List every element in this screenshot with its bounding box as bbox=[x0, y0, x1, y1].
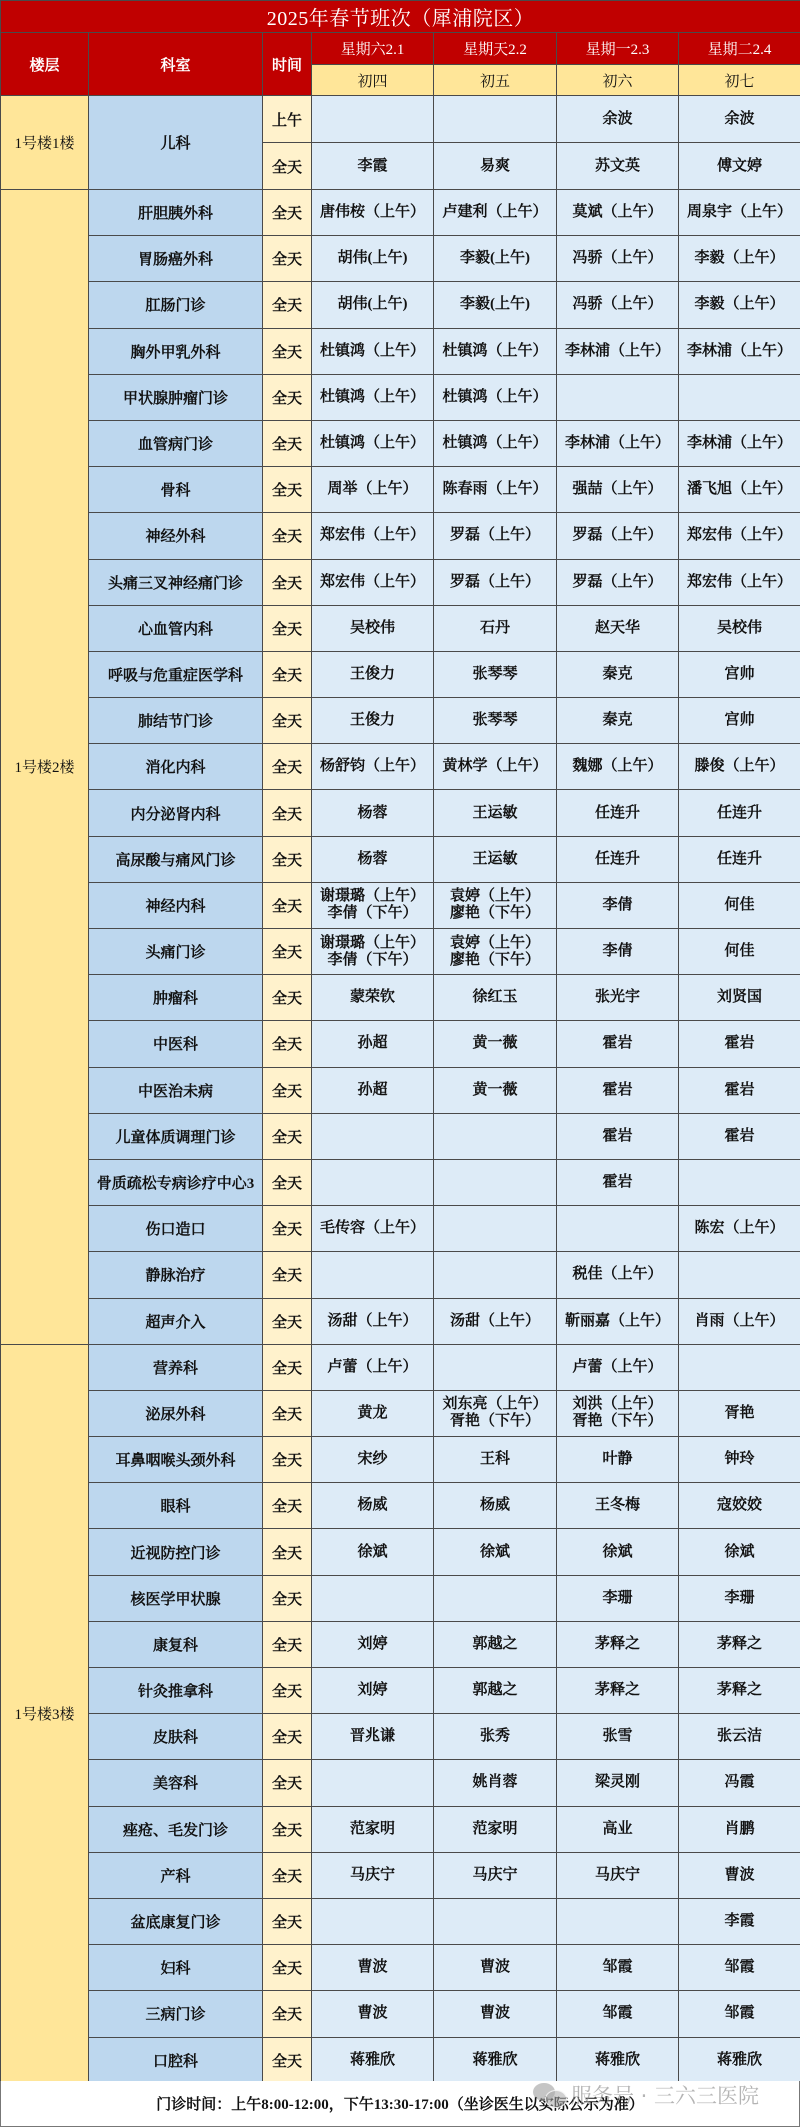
doctor-cell-day-4: 宫帅 bbox=[679, 698, 800, 744]
time-slot: 全天 bbox=[263, 559, 312, 605]
doctor-cell-day-4: 徐斌 bbox=[679, 1529, 800, 1575]
time-slot: 全天 bbox=[263, 836, 312, 882]
doctor-cell-day-3: 赵天华 bbox=[557, 605, 679, 651]
doctor-cell-day-2 bbox=[434, 1344, 557, 1390]
schedule-row: 静脉治疗全天税佳（上午） bbox=[1, 1252, 800, 1298]
doctor-cell-day-4: 周泉宇（上午） bbox=[679, 190, 800, 236]
time-slot: 全天 bbox=[263, 1621, 312, 1667]
doctor-cell-day-4: 吴校伟 bbox=[679, 605, 800, 651]
doctor-cell-day-4 bbox=[679, 1344, 800, 1390]
doctor-cell-day-3: 王冬梅 bbox=[557, 1483, 679, 1529]
doctor-cell-day-3: 邹霞 bbox=[557, 1945, 679, 1991]
doctor-cell-day-4: 李林浦（上午） bbox=[679, 420, 800, 466]
schedule-row: 儿童体质调理门诊全天霍岩霍岩 bbox=[1, 1113, 800, 1159]
department-name: 皮肤科 bbox=[89, 1714, 263, 1760]
header-row: 楼层 科室 时间 星期六2.1 星期天2.2 星期一2.3 星期二2.4 bbox=[1, 33, 800, 65]
time-slot: 全天 bbox=[263, 1021, 312, 1067]
time-slot: 全天 bbox=[263, 1159, 312, 1205]
time-slot: 全天 bbox=[263, 1344, 312, 1390]
doctor-cell-day-4: 潘飞旭（上午） bbox=[679, 467, 800, 513]
doctor-cell-day-3: 霍岩 bbox=[557, 1159, 679, 1205]
time-slot: 全天 bbox=[263, 651, 312, 697]
doctor-cell-day-3: 任连升 bbox=[557, 790, 679, 836]
header-day-3-lunar: 初六 bbox=[557, 65, 679, 96]
doctor-cell-day-3: 苏文英 bbox=[557, 143, 679, 190]
doctor-cell-day-1: 杨蓉 bbox=[312, 836, 434, 882]
time-slot: 全天 bbox=[263, 605, 312, 651]
schedule-row: 1号楼3楼营养科全天卢蕾（上午）卢蕾（上午） bbox=[1, 1344, 800, 1390]
department-name: 高尿酸与痛风门诊 bbox=[89, 836, 263, 882]
department-name: 妇科 bbox=[89, 1945, 263, 1991]
department-name: 中医治未病 bbox=[89, 1067, 263, 1113]
doctor-cell-day-3: 卢蕾（上午） bbox=[557, 1344, 679, 1390]
department-name: 消化内科 bbox=[89, 744, 263, 790]
doctor-cell-day-1: 曹波 bbox=[312, 1945, 434, 1991]
schedule-row: 1号楼2楼肝胆胰外科全天唐伟桉（上午）卢建利（上午）莫斌（上午）周泉宇（上午） bbox=[1, 190, 800, 236]
department-name: 神经外科 bbox=[89, 513, 263, 559]
doctor-cell-day-3: 霍岩 bbox=[557, 1113, 679, 1159]
doctor-cell-day-4: 何佳 bbox=[679, 929, 800, 975]
doctor-cell-day-4 bbox=[679, 1252, 800, 1298]
header-day-3-weekday: 星期一2.3 bbox=[557, 33, 679, 65]
time-slot: 全天 bbox=[263, 1991, 312, 2037]
schedule-row: 中医治未病全天孙超黄一薇霍岩霍岩 bbox=[1, 1067, 800, 1113]
schedule-row: 盆底康复门诊全天李霞 bbox=[1, 1898, 800, 1944]
doctor-cell-day-2: 曹波 bbox=[434, 1945, 557, 1991]
doctor-cell-day-3 bbox=[557, 1898, 679, 1944]
doctor-cell-day-4: 胥艳 bbox=[679, 1390, 800, 1436]
doctor-cell-day-2: 郭越之 bbox=[434, 1621, 557, 1667]
schedule-row: 骨质疏松专病诊疗中心3全天霍岩 bbox=[1, 1159, 800, 1205]
doctor-cell-day-4: 霍岩 bbox=[679, 1113, 800, 1159]
doctor-cell-day-1: 刘婷 bbox=[312, 1668, 434, 1714]
time-slot: 全天 bbox=[263, 1806, 312, 1852]
doctor-cell-day-2: 罗磊（上午） bbox=[434, 559, 557, 605]
doctor-cell-day-1: 谢璟璐（上午） 李倩（下午） bbox=[312, 929, 434, 975]
header-day-4-weekday: 星期二2.4 bbox=[679, 33, 800, 65]
doctor-cell-day-1 bbox=[312, 1760, 434, 1806]
doctor-cell-day-3: 李倩 bbox=[557, 929, 679, 975]
doctor-cell-day-1: 杨蓉 bbox=[312, 790, 434, 836]
doctor-cell-day-1: 郑宏伟（上午） bbox=[312, 559, 434, 605]
schedule-row: 三病门诊全天曹波曹波邹霞邹霞 bbox=[1, 1991, 800, 2037]
doctor-cell-day-2 bbox=[434, 1575, 557, 1621]
department-name: 血管病门诊 bbox=[89, 420, 263, 466]
schedule-row: 产科全天马庆宁马庆宁马庆宁曹波 bbox=[1, 1852, 800, 1898]
schedule-row: 口腔科全天蒋雅欣蒋雅欣蒋雅欣蒋雅欣 bbox=[1, 2037, 800, 2083]
doctor-cell-day-4: 霍岩 bbox=[679, 1067, 800, 1113]
doctor-cell-day-3: 李倩 bbox=[557, 882, 679, 928]
doctor-cell-day-4: 茅释之 bbox=[679, 1621, 800, 1667]
doctor-cell-day-3: 莫斌（上午） bbox=[557, 190, 679, 236]
doctor-cell-day-1: 马庆宁 bbox=[312, 1852, 434, 1898]
doctor-cell-day-4: 余波 bbox=[679, 96, 800, 143]
doctor-cell-day-3: 罗磊（上午） bbox=[557, 513, 679, 559]
doctor-cell-day-2: 陈春雨（上午） bbox=[434, 467, 557, 513]
schedule-row: 神经内科全天谢璟璐（上午） 李倩（下午）袁婷（上午） 廖艳（下午）李倩何佳 bbox=[1, 882, 800, 928]
doctor-cell-day-4: 郑宏伟（上午） bbox=[679, 513, 800, 559]
time-slot: 全天 bbox=[263, 143, 312, 190]
floor-label: 1号楼2楼 bbox=[1, 190, 89, 1345]
doctor-cell-day-1: 孙超 bbox=[312, 1067, 434, 1113]
doctor-cell-day-1: 孙超 bbox=[312, 1021, 434, 1067]
doctor-cell-day-2: 汤甜（上午） bbox=[434, 1298, 557, 1344]
department-name: 康复科 bbox=[89, 1621, 263, 1667]
doctor-cell-day-2: 杜镇鸿（上午） bbox=[434, 328, 557, 374]
time-slot: 全天 bbox=[263, 2037, 312, 2083]
time-slot: 全天 bbox=[263, 1714, 312, 1760]
department-name: 胸外甲乳外科 bbox=[89, 328, 263, 374]
doctor-cell-day-4: 何佳 bbox=[679, 882, 800, 928]
doctor-cell-day-1: 唐伟桉（上午） bbox=[312, 190, 434, 236]
doctor-cell-day-2: 杜镇鸿（上午） bbox=[434, 374, 557, 420]
schedule-row: 甲状腺肿瘤门诊全天杜镇鸿（上午）杜镇鸿（上午） bbox=[1, 374, 800, 420]
schedule-row: 心血管内科全天吴校伟石丹赵天华吴校伟 bbox=[1, 605, 800, 651]
clinic-hours-note: 门诊时间：上午8:00-12:00，下午13:30-17:00（坐诊医生以实际公… bbox=[156, 2093, 643, 2114]
department-name: 肝胆胰外科 bbox=[89, 190, 263, 236]
doctor-cell-day-3: 张光宇 bbox=[557, 975, 679, 1021]
doctor-cell-day-3: 税佳（上午） bbox=[557, 1252, 679, 1298]
doctor-cell-day-4: 霍岩 bbox=[679, 1021, 800, 1067]
doctor-cell-day-4: 任连升 bbox=[679, 790, 800, 836]
doctor-cell-day-4: 蒋雅欣 bbox=[679, 2037, 800, 2083]
doctor-cell-day-3: 冯骄（上午） bbox=[557, 236, 679, 282]
doctor-cell-day-3: 李林浦（上午） bbox=[557, 328, 679, 374]
doctor-cell-day-3 bbox=[557, 1206, 679, 1252]
doctor-cell-day-3: 刘洪（上午） 胥艳（下午） bbox=[557, 1390, 679, 1436]
doctor-cell-day-3: 马庆宁 bbox=[557, 1852, 679, 1898]
schedule-page: 2025年春节班次（犀浦院区） 楼层 科室 时间 星期六2.1 星期天2.2 星… bbox=[0, 0, 800, 2128]
doctor-cell-day-4: 刘贤国 bbox=[679, 975, 800, 1021]
title-row: 2025年春节班次（犀浦院区） bbox=[1, 1, 800, 33]
doctor-cell-day-3: 茅释之 bbox=[557, 1668, 679, 1714]
department-name: 呼吸与危重症医学科 bbox=[89, 651, 263, 697]
schedule-row: 泌尿外科全天黄龙刘东亮（上午） 胥艳（下午）刘洪（上午） 胥艳（下午）胥艳 bbox=[1, 1390, 800, 1436]
doctor-cell-day-4: 宫帅 bbox=[679, 651, 800, 697]
time-slot: 上午 bbox=[263, 96, 312, 143]
time-slot: 全天 bbox=[263, 1483, 312, 1529]
doctor-cell-day-1: 徐斌 bbox=[312, 1529, 434, 1575]
doctor-cell-day-3: 高业 bbox=[557, 1806, 679, 1852]
doctor-cell-day-3: 梁灵刚 bbox=[557, 1760, 679, 1806]
doctor-cell-day-4: 肖鹏 bbox=[679, 1806, 800, 1852]
doctor-cell-day-4: 陈宏（上午） bbox=[679, 1206, 800, 1252]
doctor-cell-day-2 bbox=[434, 1898, 557, 1944]
floor-label: 1号楼3楼 bbox=[1, 1344, 89, 2083]
doctor-cell-day-2: 范家明 bbox=[434, 1806, 557, 1852]
doctor-cell-day-1 bbox=[312, 1575, 434, 1621]
schedule-row: 针灸推拿科全天刘婷郭越之茅释之茅释之 bbox=[1, 1668, 800, 1714]
schedule-row: 眼科全天杨威杨威王冬梅寇姣姣 bbox=[1, 1483, 800, 1529]
floor-label: 1号楼1楼 bbox=[1, 96, 89, 190]
doctor-cell-day-2: 徐斌 bbox=[434, 1529, 557, 1575]
doctor-cell-day-1 bbox=[312, 96, 434, 143]
doctor-cell-day-1 bbox=[312, 1113, 434, 1159]
header-day-2-weekday: 星期天2.2 bbox=[434, 33, 557, 65]
doctor-cell-day-3: 强喆（上午） bbox=[557, 467, 679, 513]
doctor-cell-day-3: 徐斌 bbox=[557, 1529, 679, 1575]
doctor-cell-day-1: 王俊力 bbox=[312, 698, 434, 744]
doctor-cell-day-2: 张琴琴 bbox=[434, 698, 557, 744]
schedule-row: 妇科全天曹波曹波邹霞邹霞 bbox=[1, 1945, 800, 1991]
doctor-cell-day-1 bbox=[312, 1252, 434, 1298]
department-name: 肺结节门诊 bbox=[89, 698, 263, 744]
schedule-row: 胸外甲乳外科全天杜镇鸿（上午）杜镇鸿（上午）李林浦（上午）李林浦（上午） bbox=[1, 328, 800, 374]
doctor-cell-day-4: 茅释之 bbox=[679, 1668, 800, 1714]
time-slot: 全天 bbox=[263, 790, 312, 836]
doctor-cell-day-4: 邹霞 bbox=[679, 1991, 800, 2037]
doctor-cell-day-4: 李毅（上午） bbox=[679, 282, 800, 328]
department-name: 美容科 bbox=[89, 1760, 263, 1806]
schedule-row: 头痛三叉神经痛门诊全天郑宏伟（上午）罗磊（上午）罗磊（上午）郑宏伟（上午） bbox=[1, 559, 800, 605]
doctor-cell-day-1: 王俊力 bbox=[312, 651, 434, 697]
header-day-1-lunar: 初四 bbox=[312, 65, 434, 96]
doctor-cell-day-3: 秦克 bbox=[557, 651, 679, 697]
doctor-cell-day-4 bbox=[679, 374, 800, 420]
doctor-cell-day-4: 曹波 bbox=[679, 1852, 800, 1898]
doctor-cell-day-1: 卢蕾（上午） bbox=[312, 1344, 434, 1390]
doctor-cell-day-2: 杜镇鸿（上午） bbox=[434, 420, 557, 466]
doctor-cell-day-4: 郑宏伟（上午） bbox=[679, 559, 800, 605]
department-name: 核医学甲状腺 bbox=[89, 1575, 263, 1621]
time-slot: 全天 bbox=[263, 328, 312, 374]
doctor-cell-day-2: 徐红玉 bbox=[434, 975, 557, 1021]
doctor-cell-day-2 bbox=[434, 1206, 557, 1252]
time-slot: 全天 bbox=[263, 1390, 312, 1436]
doctor-cell-day-3: 李珊 bbox=[557, 1575, 679, 1621]
doctor-cell-day-3: 任连升 bbox=[557, 836, 679, 882]
doctor-cell-day-1: 蒋雅欣 bbox=[312, 2037, 434, 2083]
doctor-cell-day-2: 郭越之 bbox=[434, 1668, 557, 1714]
department-name: 产科 bbox=[89, 1852, 263, 1898]
schedule-row: 呼吸与危重症医学科全天王俊力张琴琴秦克宫帅 bbox=[1, 651, 800, 697]
doctor-cell-day-4: 李珊 bbox=[679, 1575, 800, 1621]
doctor-cell-day-1: 杜镇鸿（上午） bbox=[312, 374, 434, 420]
doctor-cell-day-3 bbox=[557, 374, 679, 420]
doctor-cell-day-4: 李林浦（上午） bbox=[679, 328, 800, 374]
schedule-row: 骨科全天周举（上午）陈春雨（上午）强喆（上午）潘飞旭（上午） bbox=[1, 467, 800, 513]
schedule-row: 血管病门诊全天杜镇鸿（上午）杜镇鸿（上午）李林浦（上午）李林浦（上午） bbox=[1, 420, 800, 466]
doctor-cell-day-1: 毛传容（上午） bbox=[312, 1206, 434, 1252]
doctor-cell-day-1: 晋兆谦 bbox=[312, 1714, 434, 1760]
doctor-cell-day-3: 魏娜（上午） bbox=[557, 744, 679, 790]
doctor-cell-day-3: 邹霞 bbox=[557, 1991, 679, 2037]
schedule-row: 伤口造口全天毛传容（上午）陈宏（上午） bbox=[1, 1206, 800, 1252]
department-name: 营养科 bbox=[89, 1344, 263, 1390]
doctor-cell-day-2: 王科 bbox=[434, 1437, 557, 1483]
schedule-title: 2025年春节班次（犀浦院区） bbox=[1, 1, 800, 33]
doctor-cell-day-1: 曹波 bbox=[312, 1991, 434, 2037]
department-name: 内分泌肾内科 bbox=[89, 790, 263, 836]
department-name: 盆底康复门诊 bbox=[89, 1898, 263, 1944]
doctor-cell-day-2 bbox=[434, 1159, 557, 1205]
schedule-row: 1号楼1楼儿科上午余波余波 bbox=[1, 96, 800, 143]
doctor-cell-day-2: 杨威 bbox=[434, 1483, 557, 1529]
doctor-cell-day-1: 黄龙 bbox=[312, 1390, 434, 1436]
department-name: 儿童体质调理门诊 bbox=[89, 1113, 263, 1159]
doctor-cell-day-2: 刘东亮（上午） 胥艳（下午） bbox=[434, 1390, 557, 1436]
doctor-cell-day-3: 霍岩 bbox=[557, 1067, 679, 1113]
doctor-cell-day-2: 黄一薇 bbox=[434, 1067, 557, 1113]
schedule-row: 核医学甲状腺全天李珊李珊 bbox=[1, 1575, 800, 1621]
department-name: 骨质疏松专病诊疗中心3 bbox=[89, 1159, 263, 1205]
time-slot: 全天 bbox=[263, 513, 312, 559]
doctor-cell-day-4: 滕俊（上午） bbox=[679, 744, 800, 790]
department-name: 甲状腺肿瘤门诊 bbox=[89, 374, 263, 420]
doctor-cell-day-2: 易爽 bbox=[434, 143, 557, 190]
doctor-cell-day-1: 刘婷 bbox=[312, 1621, 434, 1667]
header-day-2-lunar: 初五 bbox=[434, 65, 557, 96]
doctor-cell-day-2: 蒋雅欣 bbox=[434, 2037, 557, 2083]
department-name: 针灸推拿科 bbox=[89, 1668, 263, 1714]
department-name: 泌尿外科 bbox=[89, 1390, 263, 1436]
time-slot: 全天 bbox=[263, 190, 312, 236]
doctor-cell-day-4: 任连升 bbox=[679, 836, 800, 882]
doctor-cell-day-3: 冯骄（上午） bbox=[557, 282, 679, 328]
doctor-cell-day-4: 李霞 bbox=[679, 1898, 800, 1944]
doctor-cell-day-4: 钟玲 bbox=[679, 1437, 800, 1483]
schedule-row: 中医科全天孙超黄一薇霍岩霍岩 bbox=[1, 1021, 800, 1067]
department-name: 心血管内科 bbox=[89, 605, 263, 651]
doctor-cell-day-1: 郑宏伟（上午） bbox=[312, 513, 434, 559]
doctor-cell-day-1 bbox=[312, 1159, 434, 1205]
doctor-cell-day-1: 杨舒钧（上午） bbox=[312, 744, 434, 790]
doctor-cell-day-2 bbox=[434, 1252, 557, 1298]
doctor-cell-day-1: 杜镇鸿（上午） bbox=[312, 328, 434, 374]
schedule-row: 肛肠门诊全天胡伟(上午)李毅(上午)冯骄（上午）李毅（上午） bbox=[1, 282, 800, 328]
time-slot: 全天 bbox=[263, 1252, 312, 1298]
doctor-cell-day-2: 王运敏 bbox=[434, 836, 557, 882]
department-name: 肛肠门诊 bbox=[89, 282, 263, 328]
doctor-cell-day-2: 卢建利（上午） bbox=[434, 190, 557, 236]
department-name: 三病门诊 bbox=[89, 1991, 263, 2037]
doctor-cell-day-4: 寇姣姣 bbox=[679, 1483, 800, 1529]
department-name: 头痛门诊 bbox=[89, 929, 263, 975]
doctor-cell-day-3: 李林浦（上午） bbox=[557, 420, 679, 466]
department-name: 儿科 bbox=[89, 96, 263, 190]
time-slot: 全天 bbox=[263, 929, 312, 975]
doctor-cell-day-2: 李毅(上午) bbox=[434, 236, 557, 282]
doctor-cell-day-1: 谢璟璐（上午） 李倩（下午） bbox=[312, 882, 434, 928]
department-name: 口腔科 bbox=[89, 2037, 263, 2083]
doctor-cell-day-1 bbox=[312, 1898, 434, 1944]
schedule-row: 耳鼻咽喉头颈外科全天宋纱王科叶静钟玲 bbox=[1, 1437, 800, 1483]
doctor-cell-day-2: 马庆宁 bbox=[434, 1852, 557, 1898]
time-slot: 全天 bbox=[263, 1437, 312, 1483]
doctor-cell-day-2: 张秀 bbox=[434, 1714, 557, 1760]
schedule-row: 肺结节门诊全天王俊力张琴琴秦克宫帅 bbox=[1, 698, 800, 744]
header-floor: 楼层 bbox=[1, 33, 89, 96]
doctor-cell-day-4 bbox=[679, 1159, 800, 1205]
clinic-hours-footer: 门诊时间：上午8:00-12:00，下午13:30-17:00（坐诊医生以实际公… bbox=[0, 2081, 800, 2127]
doctor-cell-day-3: 秦克 bbox=[557, 698, 679, 744]
doctor-cell-day-1: 胡伟(上午) bbox=[312, 236, 434, 282]
department-name: 超声介入 bbox=[89, 1298, 263, 1344]
schedule-row: 肿瘤科全天蒙荣钦徐红玉张光宇刘贤国 bbox=[1, 975, 800, 1021]
time-slot: 全天 bbox=[263, 236, 312, 282]
time-slot: 全天 bbox=[263, 1206, 312, 1252]
schedule-row: 超声介入全天汤甜（上午）汤甜（上午）靳丽嘉（上午）肖雨（上午） bbox=[1, 1298, 800, 1344]
schedule-row: 高尿酸与痛风门诊全天杨蓉王运敏任连升任连升 bbox=[1, 836, 800, 882]
doctor-cell-day-2: 王运敏 bbox=[434, 790, 557, 836]
header-time: 时间 bbox=[263, 33, 312, 96]
doctor-cell-day-2: 石丹 bbox=[434, 605, 557, 651]
doctor-cell-day-3: 余波 bbox=[557, 96, 679, 143]
time-slot: 全天 bbox=[263, 882, 312, 928]
doctor-cell-day-1: 胡伟(上午) bbox=[312, 282, 434, 328]
schedule-row: 神经外科全天郑宏伟（上午）罗磊（上午）罗磊（上午）郑宏伟（上午） bbox=[1, 513, 800, 559]
department-name: 眼科 bbox=[89, 1483, 263, 1529]
schedule-row: 康复科全天刘婷郭越之茅释之茅释之 bbox=[1, 1621, 800, 1667]
department-name: 肿瘤科 bbox=[89, 975, 263, 1021]
department-name: 胃肠癌外科 bbox=[89, 236, 263, 282]
doctor-cell-day-2: 袁婷（上午） 廖艳（下午） bbox=[434, 882, 557, 928]
doctor-cell-day-1: 李霞 bbox=[312, 143, 434, 190]
doctor-cell-day-3: 罗磊（上午） bbox=[557, 559, 679, 605]
doctor-cell-day-4: 邹霞 bbox=[679, 1945, 800, 1991]
doctor-cell-day-4: 傅文婷 bbox=[679, 143, 800, 190]
department-name: 头痛三叉神经痛门诊 bbox=[89, 559, 263, 605]
time-slot: 全天 bbox=[263, 1668, 312, 1714]
schedule-body: 1号楼1楼儿科上午余波余波全天李霞易爽苏文英傅文婷1号楼2楼肝胆胰外科全天唐伟桉… bbox=[1, 96, 800, 2084]
schedule-row: 消化内科全天杨舒钧（上午）黄林学（上午）魏娜（上午）滕俊（上午） bbox=[1, 744, 800, 790]
schedule-row: 头痛门诊全天谢璟璐（上午） 李倩（下午）袁婷（上午） 廖艳（下午）李倩何佳 bbox=[1, 929, 800, 975]
time-slot: 全天 bbox=[263, 467, 312, 513]
doctor-cell-day-2: 黄一薇 bbox=[434, 1021, 557, 1067]
time-slot: 全天 bbox=[263, 744, 312, 790]
time-slot: 全天 bbox=[263, 698, 312, 744]
schedule-row: 皮肤科全天晋兆谦张秀张雪张云洁 bbox=[1, 1714, 800, 1760]
department-name: 痤疮、毛发门诊 bbox=[89, 1806, 263, 1852]
doctor-cell-day-2 bbox=[434, 1113, 557, 1159]
time-slot: 全天 bbox=[263, 1067, 312, 1113]
time-slot: 全天 bbox=[263, 1575, 312, 1621]
schedule-row: 近视防控门诊全天徐斌徐斌徐斌徐斌 bbox=[1, 1529, 800, 1575]
doctor-cell-day-3: 张雪 bbox=[557, 1714, 679, 1760]
department-name: 中医科 bbox=[89, 1021, 263, 1067]
header-day-4-lunar: 初七 bbox=[679, 65, 800, 96]
doctor-cell-day-3: 靳丽嘉（上午） bbox=[557, 1298, 679, 1344]
doctor-cell-day-1: 汤甜（上午） bbox=[312, 1298, 434, 1344]
time-slot: 全天 bbox=[263, 1298, 312, 1344]
header-day-1-weekday: 星期六2.1 bbox=[312, 33, 434, 65]
doctor-cell-day-2: 罗磊（上午） bbox=[434, 513, 557, 559]
department-name: 神经内科 bbox=[89, 882, 263, 928]
doctor-cell-day-3: 霍岩 bbox=[557, 1021, 679, 1067]
doctor-cell-day-2: 姚肖蓉 bbox=[434, 1760, 557, 1806]
time-slot: 全天 bbox=[263, 1760, 312, 1806]
doctor-cell-day-1: 吴校伟 bbox=[312, 605, 434, 651]
header-department: 科室 bbox=[89, 33, 263, 96]
department-name: 耳鼻咽喉头颈外科 bbox=[89, 1437, 263, 1483]
department-name: 近视防控门诊 bbox=[89, 1529, 263, 1575]
doctor-cell-day-1: 杨威 bbox=[312, 1483, 434, 1529]
doctor-cell-day-4: 冯霞 bbox=[679, 1760, 800, 1806]
time-slot: 全天 bbox=[263, 1852, 312, 1898]
doctor-cell-day-1: 杜镇鸿（上午） bbox=[312, 420, 434, 466]
department-name: 静脉治疗 bbox=[89, 1252, 263, 1298]
doctor-cell-day-1: 蒙荣钦 bbox=[312, 975, 434, 1021]
schedule-table: 2025年春节班次（犀浦院区） 楼层 科室 时间 星期六2.1 星期天2.2 星… bbox=[0, 0, 800, 2084]
doctor-cell-day-1: 范家明 bbox=[312, 1806, 434, 1852]
schedule-row: 胃肠癌外科全天胡伟(上午)李毅(上午)冯骄（上午）李毅（上午） bbox=[1, 236, 800, 282]
doctor-cell-day-2: 张琴琴 bbox=[434, 651, 557, 697]
time-slot: 全天 bbox=[263, 1945, 312, 1991]
time-slot: 全天 bbox=[263, 975, 312, 1021]
doctor-cell-day-3: 茅释之 bbox=[557, 1621, 679, 1667]
doctor-cell-day-4: 张云洁 bbox=[679, 1714, 800, 1760]
doctor-cell-day-3: 蒋雅欣 bbox=[557, 2037, 679, 2083]
